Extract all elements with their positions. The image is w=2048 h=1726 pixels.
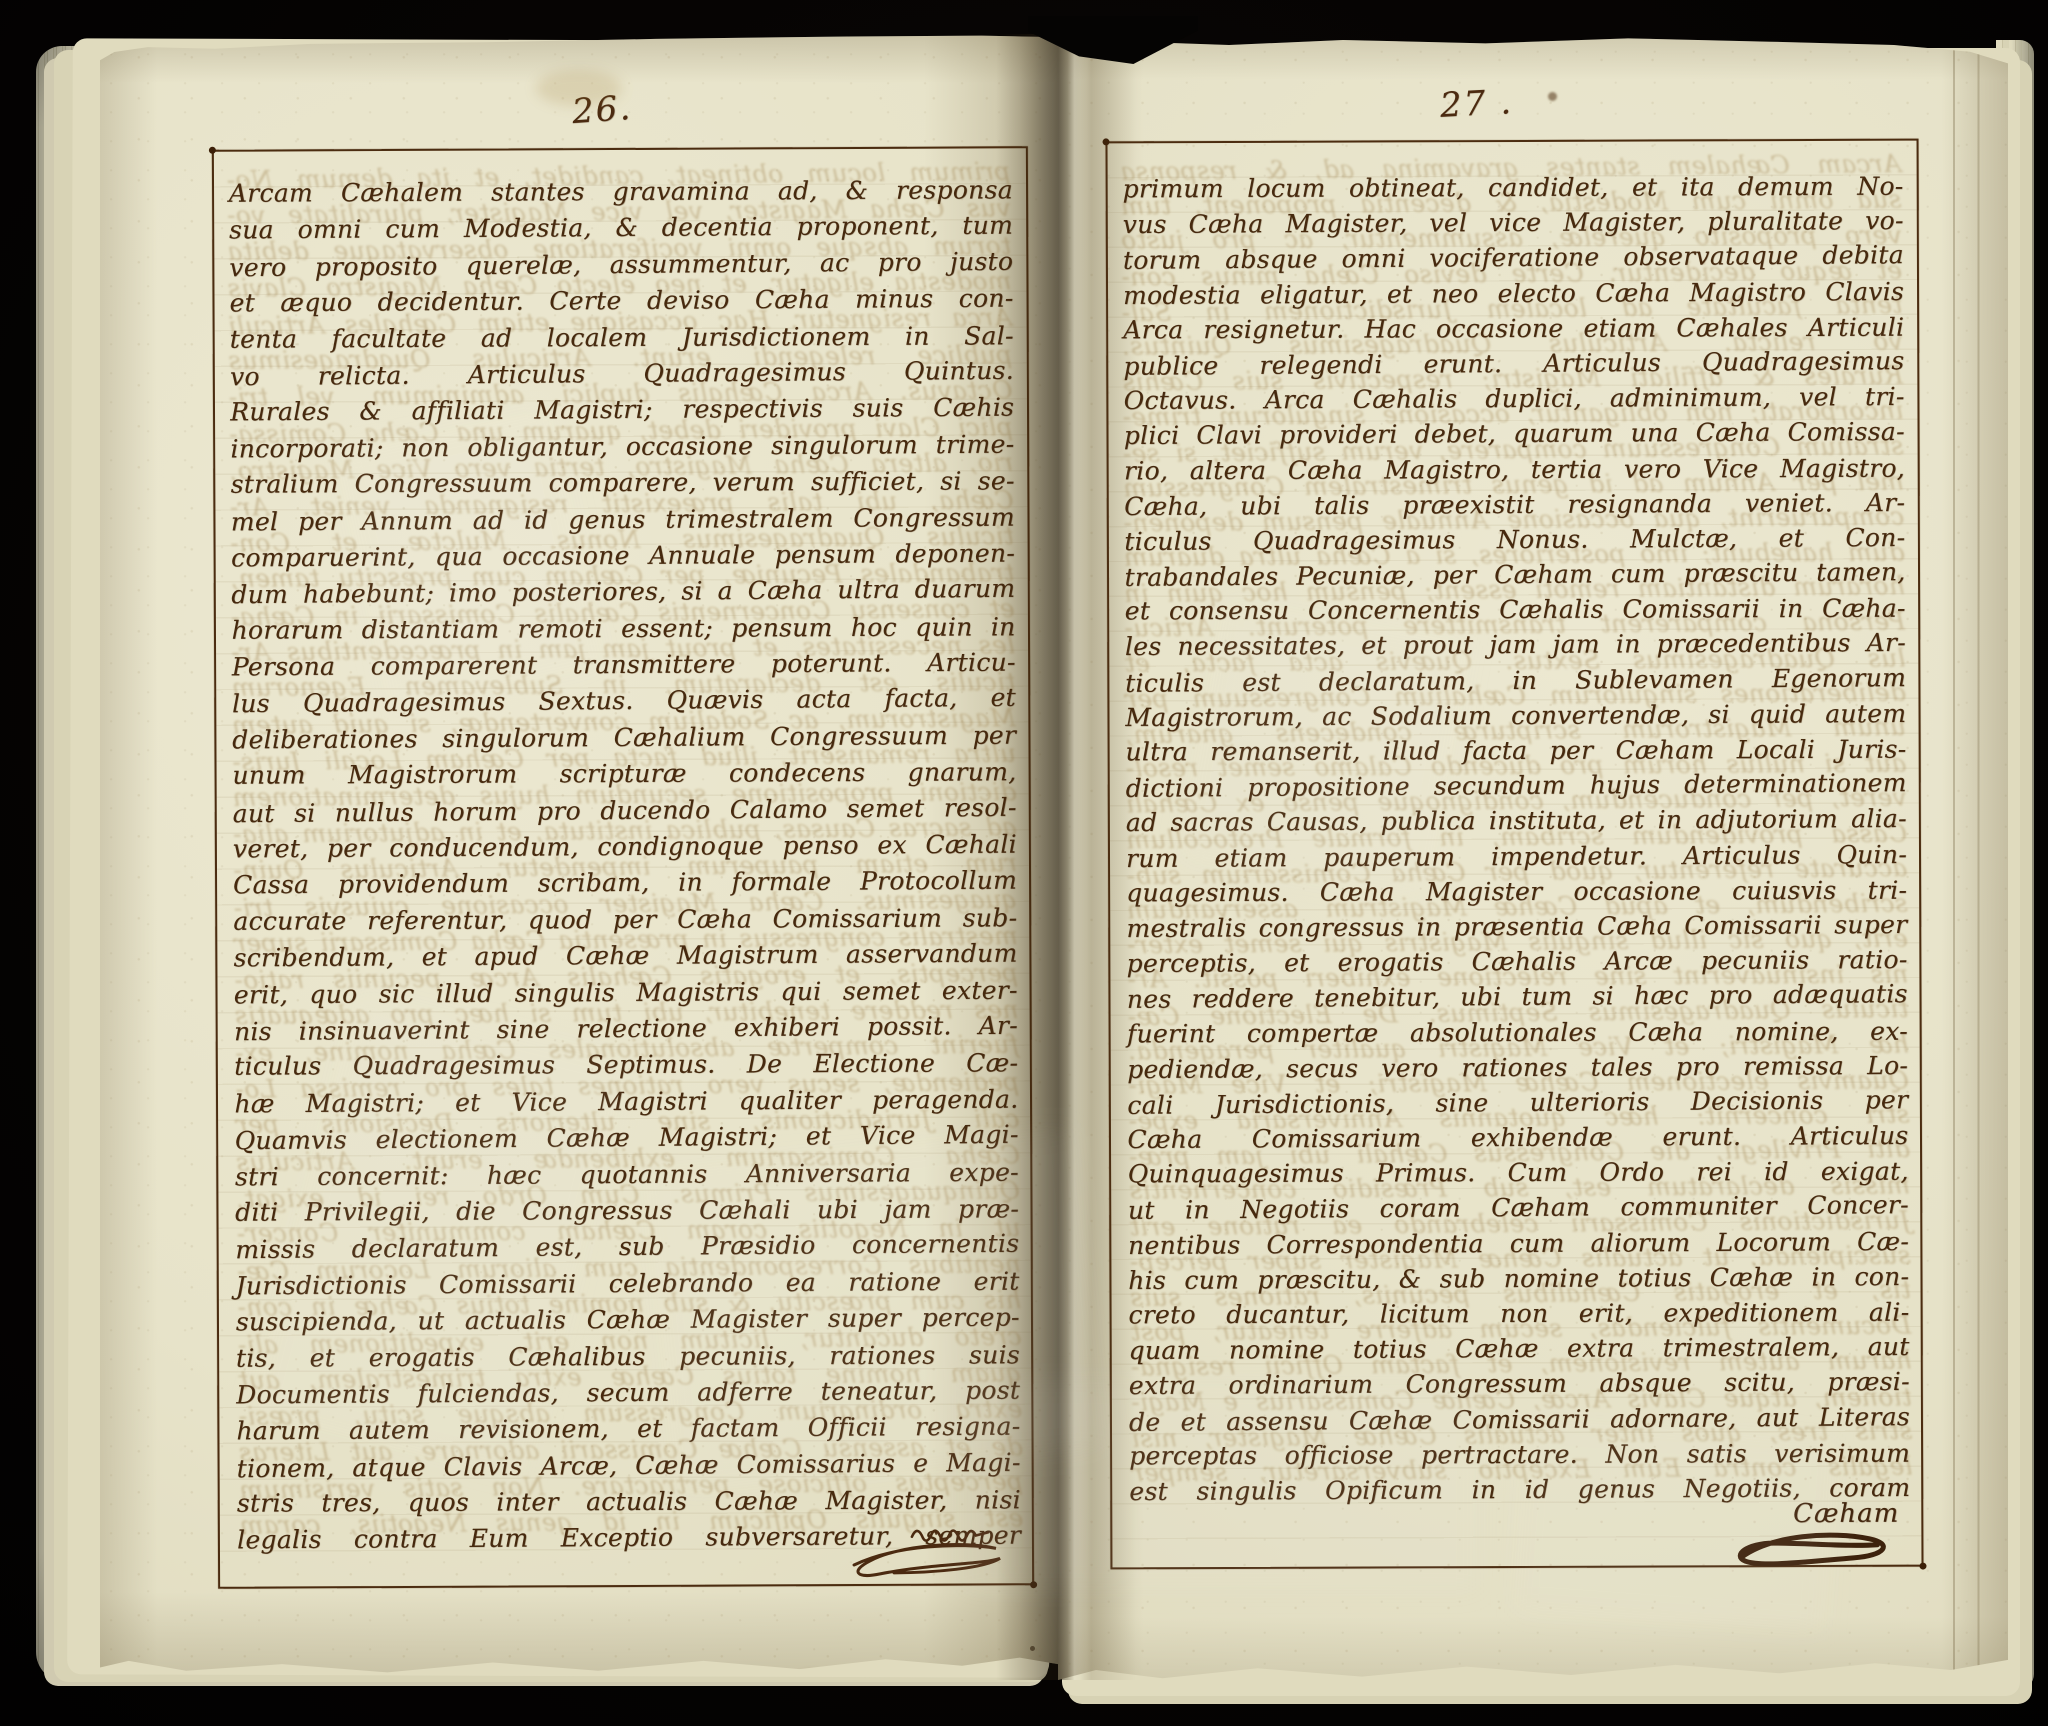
manuscript-line: creto ducantur, licitum non erit, expedi…: [1128, 1295, 1909, 1333]
manuscript-line: cali Jurisdictionis, sine ulterioris Dec…: [1127, 1082, 1908, 1123]
left-page-end-flourish: [834, 1520, 1024, 1583]
manuscript-line: ticulis est declaratum, in Sublevamen Eg…: [1125, 660, 1906, 701]
manuscript-line: Magistrorum, ac Sodalium convertendæ, si…: [1125, 696, 1906, 735]
manuscript-line: Jurisdictionis Comissarii celebrando ea …: [235, 1263, 1019, 1304]
ink-speck: [1030, 1646, 1035, 1651]
manuscript-line: Persona comparerent transmittere poterun…: [232, 645, 1016, 686]
manuscript-line: ut in Negotiis coram Cæham communiter Co…: [1128, 1188, 1909, 1229]
left-page: 26. primum locum obtineat, candidet, et …: [100, 34, 1058, 1674]
manuscript-line: et consensu Concernentis Cæhalis Comissa…: [1125, 591, 1906, 629]
manuscript-line: Cassa providendum scribam, in formale Pr…: [233, 863, 1017, 904]
manuscript-line: incorporati; non obligantur, occasione s…: [230, 426, 1014, 467]
manuscript-line: lus Quadragesimus Sextus. Quævis acta fa…: [232, 680, 1016, 723]
manuscript-line: Rurales & affiliati Magistri; respectivi…: [230, 390, 1014, 431]
manuscript-line: perceptis, et erogatis Cæhalis Arcæ pecu…: [1127, 942, 1908, 981]
manuscript-line: ticulus Quadragesimus Septimus. De Elect…: [234, 1046, 1018, 1086]
manuscript-line: deliberationes singulorum Cæhalium Congr…: [232, 717, 1016, 758]
left-page-ruled-frame: primum locum obtineat, candidet, et ita …: [212, 146, 1034, 1589]
manuscript-line: ticulus Quadragesimus Nonus. Mulctæ, et …: [1124, 520, 1905, 559]
manuscript-line: vo relicta. Articulus Quadragesimus Quin…: [230, 353, 1014, 396]
manuscript-line: tenta facultate ad localem Jurisdictione…: [230, 318, 1014, 358]
manuscript-line: unum Magistrorum scripturæ condecens gna…: [232, 755, 1016, 795]
manuscript-line: tis, et erogatis Cæhalibus pecuniis, rat…: [236, 1337, 1020, 1377]
photo-backdrop: 26. primum locum obtineat, candidet, et …: [0, 0, 2048, 1726]
manuscript-line: Documentis fulciendas, secum adferre ten…: [236, 1372, 1020, 1413]
manuscript-line: scribendum, et apud Cæhæ Magistrum asser…: [233, 936, 1017, 977]
manuscript-line: veret, per conducendum, condignoque pens…: [233, 827, 1017, 868]
manuscript-line: dum habebunt; imo posteriores, si a Cæha…: [231, 571, 1015, 614]
manuscript-line: missis declaratum est, sub Præsidio conc…: [235, 1226, 1019, 1269]
manuscript-line: aut si nullus horum pro ducendo Calamo s…: [233, 789, 1017, 832]
manuscript-line: diti Privilegii, die Congressus Cæhali u…: [235, 1191, 1019, 1231]
left-page-text: Arcam Cæhalem stantes gravamina ad, & re…: [229, 172, 1021, 1560]
manuscript-line: nentibus Correspondentia cum aliorum Loc…: [1128, 1224, 1909, 1263]
manuscript-line: rio, altera Cæha Magistro, tertia vero V…: [1124, 450, 1905, 488]
manuscript-line: mel per Annum ad id genus trimestralem C…: [231, 499, 1015, 540]
manuscript-line: horarum distantiam remoti essent; pensum…: [231, 609, 1015, 649]
manuscript-line: accurate referentur, quod per Cæha Comis…: [233, 900, 1017, 940]
manuscript-line: perceptas officiose pertractare. Non sat…: [1129, 1435, 1910, 1473]
manuscript-line: pediendæ, secus vero rationes tales pro …: [1127, 1048, 1908, 1087]
manuscript-line: ultra remanserit, illud facta per Cæham …: [1125, 732, 1906, 770]
manuscript-line: stris tres, quos inter actualis Cæhæ Mag…: [237, 1482, 1021, 1522]
manuscript-line: trabandales Pecuniæ, per Cæham cum præsc…: [1124, 554, 1905, 595]
manuscript-line: comparuerint, qua occasione Annuale pens…: [231, 536, 1015, 577]
manuscript-line: vero proposito querelæ, assummentur, ac …: [229, 244, 1013, 287]
manuscript-line: harum autem revisionem, et factam Offici…: [236, 1409, 1020, 1450]
manuscript-line: plici Clavi provideri debet, quarum una …: [1124, 414, 1905, 453]
right-page-text: primum locum obtineat, candidet, et ita …: [1122, 168, 1910, 1509]
manuscript-line: dictioni propositione secundum hujus det…: [1126, 765, 1907, 806]
manuscript-line: sua omni cum Modestia, & decentia propon…: [229, 208, 1013, 249]
manuscript-line: torum absque omni vociferatione observat…: [1123, 238, 1904, 279]
right-page: 27 . Arcam Cæhalem stantes gravamina ad,…: [1058, 30, 2008, 1700]
manuscript-line: primum locum obtineat, candidet, et ita …: [1122, 169, 1903, 207]
manuscript-line: Cæha Comissarium exhibendæ erunt. Articu…: [1127, 1118, 1908, 1157]
manuscript-line: les necessitates, et prout jam jam in pr…: [1125, 625, 1906, 664]
left-page-number: 26.: [571, 88, 634, 132]
manuscript-line: mestralis congressus in præsentia Cæha C…: [1126, 907, 1907, 946]
manuscript-line: nis insinuaverint sine relectione exhibe…: [234, 1008, 1018, 1051]
manuscript-line: rum etiam pauperum impendetur. Articulus…: [1126, 837, 1907, 876]
manuscript-line: Quamvis electionem Cæhæ Magistri; et Vic…: [235, 1117, 1019, 1160]
manuscript-line: Arcam Cæhalem stantes gravamina ad, & re…: [229, 172, 1013, 212]
catchword-flourish: [1727, 1527, 1907, 1574]
manuscript-line: de et assensu Cæhæ Comissarii adornare, …: [1129, 1399, 1910, 1440]
manuscript-line: hæ Magistri; et Vice Magistri qualiter p…: [234, 1081, 1018, 1122]
manuscript-line: suscipienda, ut actualis Cæhæ Magister s…: [236, 1300, 1020, 1341]
manuscript-line: tionem, atque Clavis Arcæ, Cæhæ Comissar…: [237, 1444, 1021, 1487]
manuscript-line: fuerint compertæ absolutionales Cæha nom…: [1127, 1013, 1908, 1051]
manuscript-line: erit, quo sic illud singulis Magistris q…: [234, 972, 1018, 1013]
right-page-ruled-frame: Arcam Cæhalem stantes gravamina ad, & re…: [1106, 139, 1924, 1570]
manuscript-line: vus Cæha Magister, vel vice Magister, pl…: [1123, 203, 1904, 242]
catchword: Cæham: [1793, 1499, 1899, 1529]
manuscript-line: et æquo decidentur. Certe deviso Cæha mi…: [229, 281, 1013, 322]
manuscript-line: Arca resignetur. Hac occasione etiam Cæh…: [1123, 309, 1904, 347]
manuscript-line: stri concernit: hæc quotannis Anniversar…: [235, 1154, 1019, 1195]
manuscript-line: nes reddere tenebitur, ubi tum si hæc pr…: [1127, 976, 1908, 1017]
manuscript-line: ad sacras Causas, publica instituta, et …: [1126, 801, 1907, 840]
manuscript-line: publice relegendi erunt. Articulus Quadr…: [1123, 343, 1904, 384]
manuscript-line: Quinquagesimus Primus. Cum Ordo rei id e…: [1128, 1154, 1909, 1192]
manuscript-line: Octavus. Arca Cæhalis duplici, adminimum…: [1124, 379, 1905, 418]
manuscript-line: quam nomine totius Cæhæ extra trimestral…: [1129, 1329, 1910, 1368]
manuscript-line: extra ordinarium Congressum absque scitu…: [1129, 1364, 1910, 1403]
manuscript-line: modestia eligatur, et neo electo Cæha Ma…: [1123, 274, 1904, 313]
manuscript-line: his cum præscitu, & sub nomine totius Cæ…: [1128, 1259, 1909, 1298]
manuscript-line: Cæha, ubi talis præexistit resignanda ve…: [1124, 485, 1905, 524]
right-page-number: 27 .: [1439, 82, 1514, 126]
manuscript-line: stralium Congressuum comparere, verum su…: [231, 463, 1015, 503]
manuscript-line: quagesimus. Cæha Magister occasione cuiu…: [1126, 872, 1907, 910]
